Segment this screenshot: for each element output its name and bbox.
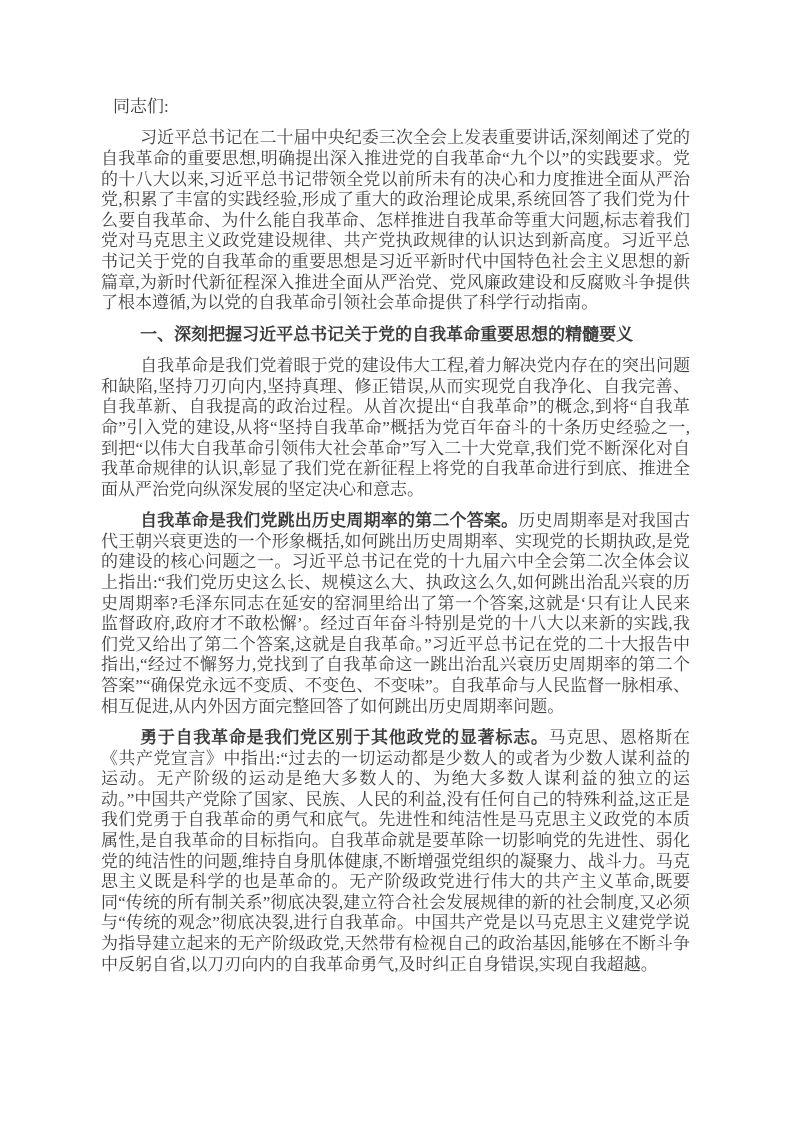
- paragraph-self-revolution-definition: 自我革命是我们党着眼于党的建设伟大工程,着力解决党内存在的突出问题和缺陷,坚持刀…: [101, 356, 690, 500]
- paragraph-historical-cycle: 自我革命是我们党跳出历史周期率的第二个答案。历史周期率是对我国古代王朝兴衰更迭的…: [101, 511, 690, 717]
- paragraph-distinctive-mark: 勇于自我革命是我们党区别于其他政党的显著标志。马克思、恩格斯在《共产党宣言》中指…: [101, 728, 690, 975]
- paragraph-historical-cycle-body: 历史周期率是对我国古代王朝兴衰更迭的一个形象概括,如何跳出历史周期率、实现党的长…: [101, 511, 690, 715]
- paragraph-distinctive-mark-lead: 勇于自我革命是我们党区别于其他政党的显著标志。: [140, 728, 549, 747]
- section-heading: 一、深刻把握习近平总书记关于党的自我革命重要思想的精髓要义: [101, 325, 690, 346]
- paragraph-historical-cycle-lead: 自我革命是我们党跳出历史周期率的第二个答案。: [140, 511, 518, 530]
- salutation: 同志们:: [101, 97, 690, 118]
- paragraph-distinctive-mark-body: 马克思、恩格斯在《共产党宣言》中指出:“过去的一切运动都是少数人的或者为少数人谋…: [101, 728, 690, 974]
- document-content: 同志们: 习近平总书记在二十届中央纪委三次全会上发表重要讲话,深刻阐述了党的自我…: [101, 0, 690, 975]
- paragraph-intro: 习近平总书记在二十届中央纪委三次全会上发表重要讲话,深刻阐述了党的自我革命的重要…: [101, 128, 690, 313]
- document-page: 同志们: 习近平总书记在二十届中央纪委三次全会上发表重要讲话,深刻阐述了党的自我…: [0, 0, 793, 1122]
